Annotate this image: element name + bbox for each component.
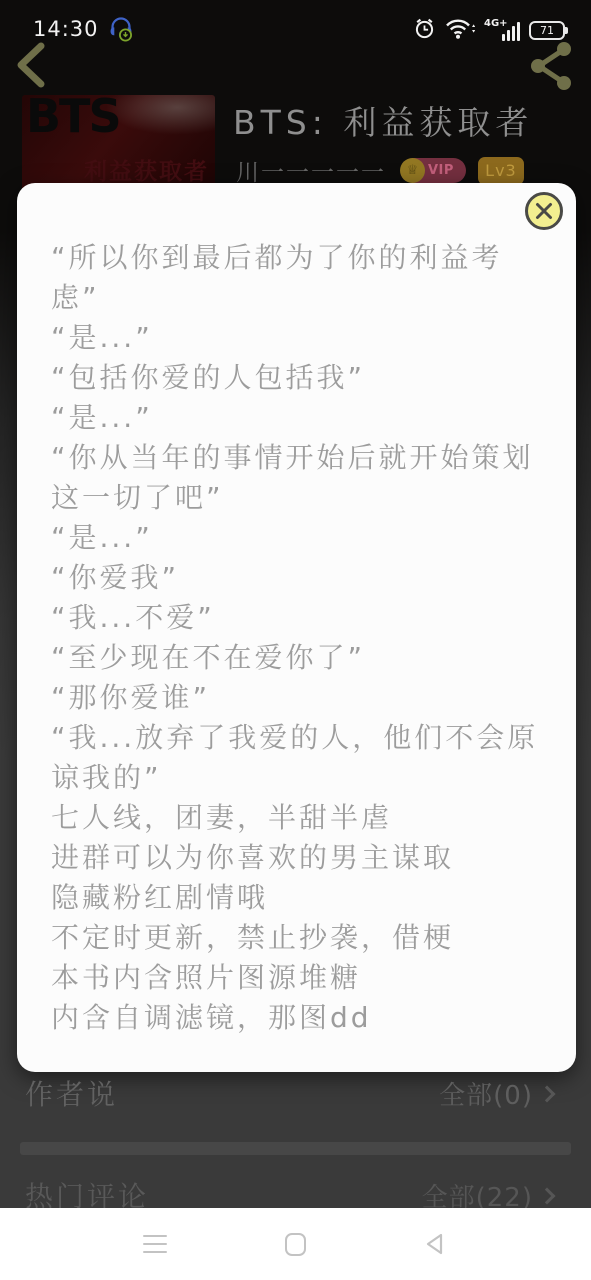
wifi-icon (445, 17, 475, 44)
alarm-icon (413, 17, 436, 44)
intro-text-line: “是...” (51, 318, 556, 358)
intro-text-line: “所以你到最后都为了你的利益考 (51, 238, 556, 278)
author-note-title: 作者说 (25, 1073, 118, 1113)
intro-text-line: “是...” (51, 518, 556, 558)
vip-badge-label: VIP (428, 163, 454, 178)
close-icon[interactable] (523, 190, 565, 232)
nav-menu-button[interactable] (125, 1208, 185, 1280)
cover-art-smudge (105, 95, 215, 135)
nav-back-button[interactable] (405, 1208, 465, 1280)
share-button[interactable] (527, 38, 577, 94)
vip-badge: ♕ VIP (402, 158, 466, 183)
intro-text-line: “你爱我” (51, 558, 556, 598)
cellular-signal-icon: 4G+ (484, 19, 520, 43)
intro-text-line: “我...不爱” (51, 598, 556, 638)
intro-text-line: 这一切了吧” (51, 478, 556, 518)
level-badge: Lv3 (478, 157, 524, 185)
intro-text-line: 七人线，团妻，半甜半虐 (51, 798, 556, 838)
intro-text-line: 隐藏粉红剧情哦 (51, 878, 556, 918)
home-icon (285, 1233, 306, 1256)
intro-text-line: “是...” (51, 398, 556, 438)
book-intro-modal: “所以你到最后都为了你的利益考虑”“是...”“包括你爱的人包括我”“是...”… (17, 183, 576, 1072)
intro-text-line: 内含自调滤镜，那图dd (51, 998, 556, 1038)
intro-text-line: 虑” (51, 278, 556, 318)
status-bar: 14:30 (0, 0, 591, 56)
crown-icon: ♕ (400, 158, 425, 183)
intro-text-line: “你从当年的事情开始后就开始策划 (51, 438, 556, 478)
menu-icon (143, 1235, 167, 1253)
intro-text-line: 进群可以为你喜欢的男主谋取 (51, 838, 556, 878)
book-detail-screen: 14:30 (0, 0, 591, 1280)
cover-subtitle: 利益获取者 (84, 153, 209, 186)
nav-home-button[interactable] (265, 1208, 325, 1280)
intro-text-line: “至少现在不在爱你了” (51, 638, 556, 678)
signal-bars (502, 22, 520, 41)
headset-download-icon (108, 15, 135, 47)
intro-text-line: “那你爱谁” (51, 678, 556, 718)
intro-text-line: 不定时更新，禁止抄袭，借梗 (51, 918, 556, 958)
chevron-right-icon (539, 1086, 556, 1103)
level-badge-label: Lv3 (485, 161, 517, 180)
system-nav-bar (0, 1208, 591, 1280)
book-intro-text: “所以你到最后都为了你的利益考虑”“是...”“包括你爱的人包括我”“是...”… (51, 238, 556, 1038)
battery-percent: 71 (540, 24, 554, 37)
author-note-all-link[interactable]: 全部(0) (439, 1075, 553, 1112)
hot-comments-section-header: 热门评论 全部(22) (25, 1178, 553, 1212)
author-note-section-header: 作者说 全部(0) (25, 1074, 553, 1112)
back-button[interactable] (8, 38, 52, 92)
cover-big-text: BTS (26, 95, 120, 143)
back-triangle-icon (423, 1232, 447, 1256)
intro-text-line: “包括你爱的人包括我” (51, 358, 556, 398)
intro-text-line: “我...放弃了我爱的人，他们不会原 (51, 718, 556, 758)
author-note-all-label: 全部(0) (439, 1075, 533, 1112)
intro-text-line: 本书内含照片图源堆糖 (51, 958, 556, 998)
section-divider (20, 1142, 571, 1155)
chevron-right-icon (539, 1188, 556, 1205)
intro-text-line: 谅我的” (51, 758, 556, 798)
book-title: BTS: 利益获取者 (233, 97, 533, 144)
